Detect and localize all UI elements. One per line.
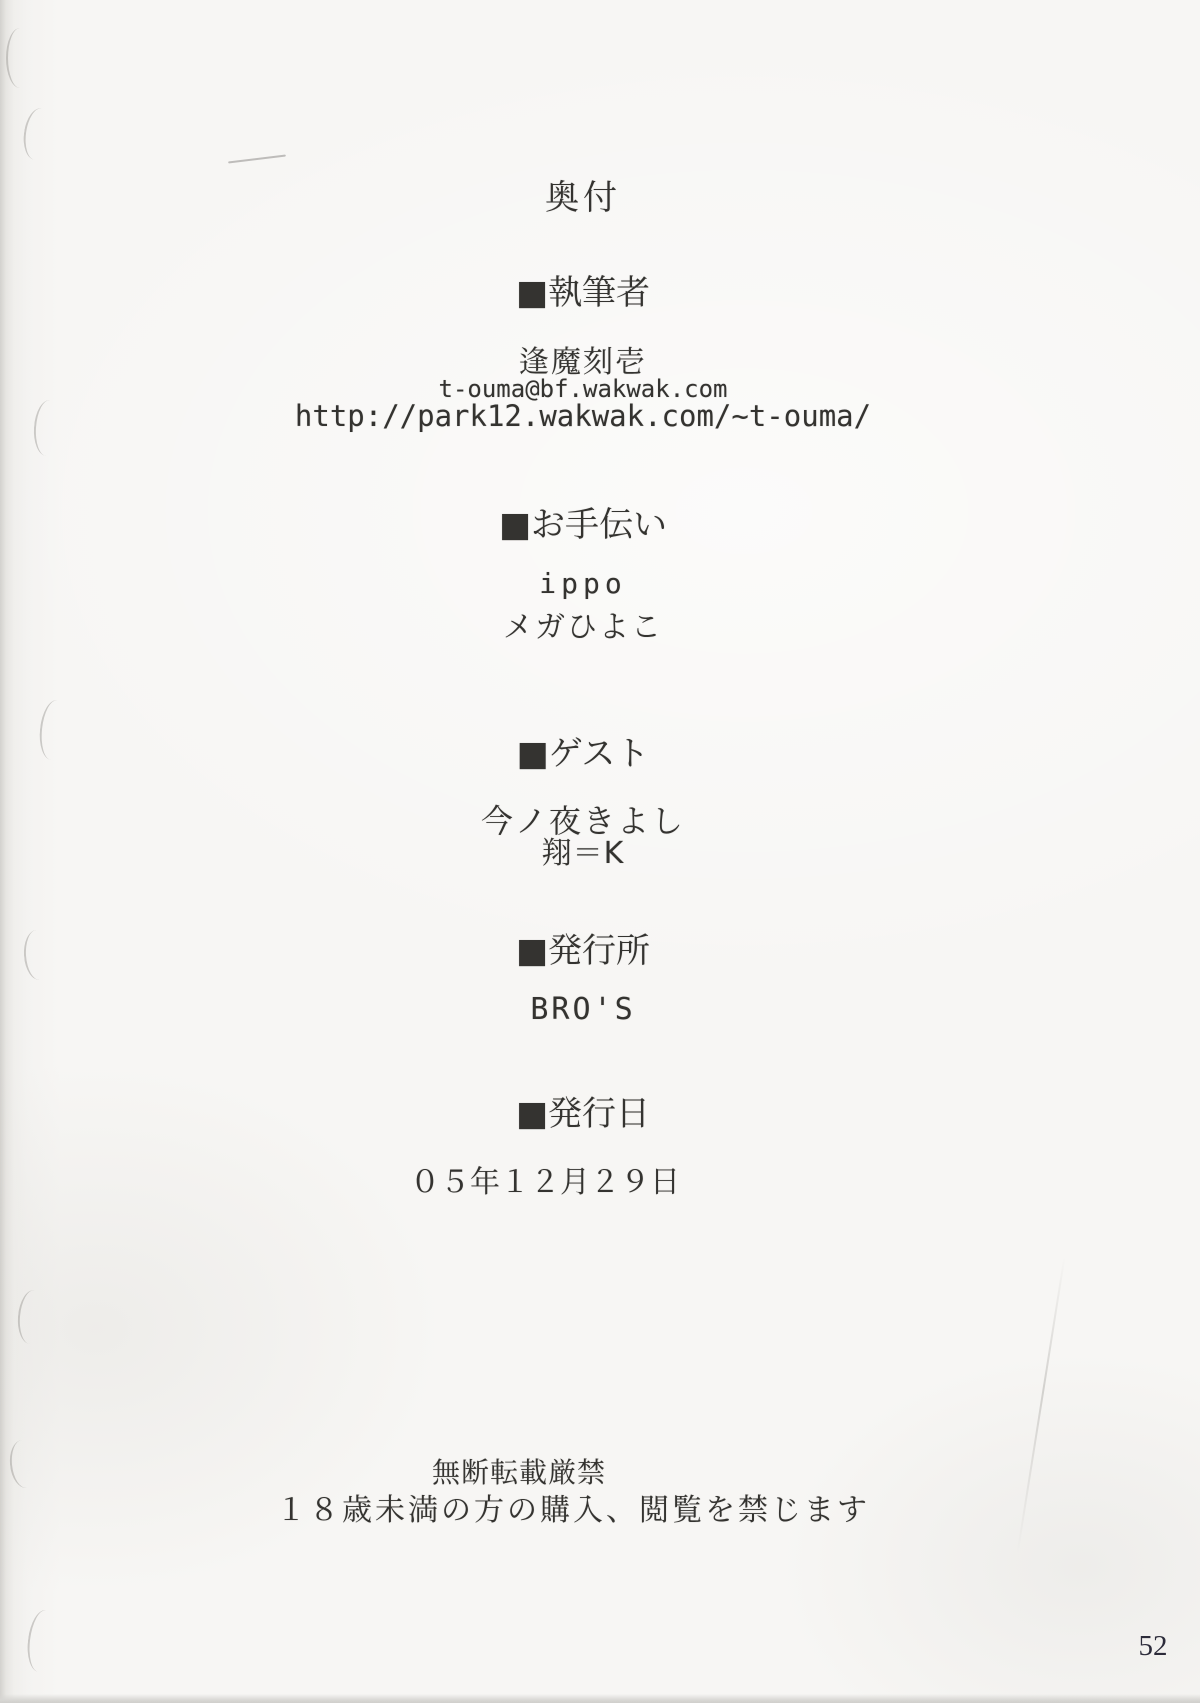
writer-website-url: http://park12.wakwak.com/~t-ouma/ (0, 399, 1166, 433)
guest-name: 翔＝K (0, 828, 1166, 872)
page-title: 奥付 (0, 170, 1166, 219)
pencil-mark (228, 154, 286, 163)
paper-bottom-edge (0, 1694, 1200, 1703)
publisher-name: BRO'S (0, 992, 1166, 1027)
paper-edge-curl (6, 28, 34, 88)
age-restriction-notice: １８歳未満の方の購入、閲覧を禁じます (0, 1485, 1156, 1529)
section-heading-date: ■発行日 (0, 1086, 1166, 1135)
section-heading-writer: ■執筆者 (0, 265, 1166, 314)
helper-name: メガひよこ (0, 602, 1166, 646)
section-heading-publisher: ■発行所 (0, 923, 1166, 972)
section-heading-helpers: ■お手伝い (0, 497, 1166, 546)
publication-date: ０５年１２月２９日 (0, 1157, 1128, 1201)
section-heading-guests: ■ゲスト (0, 726, 1166, 775)
page-number: 52 (1118, 1630, 1188, 1663)
helper-name: ippo (0, 567, 1166, 600)
colophon-page: 奥付 ■執筆者 逢魔刻壱 t-ouma@bf.wakwak.com http:/… (0, 0, 1200, 1703)
